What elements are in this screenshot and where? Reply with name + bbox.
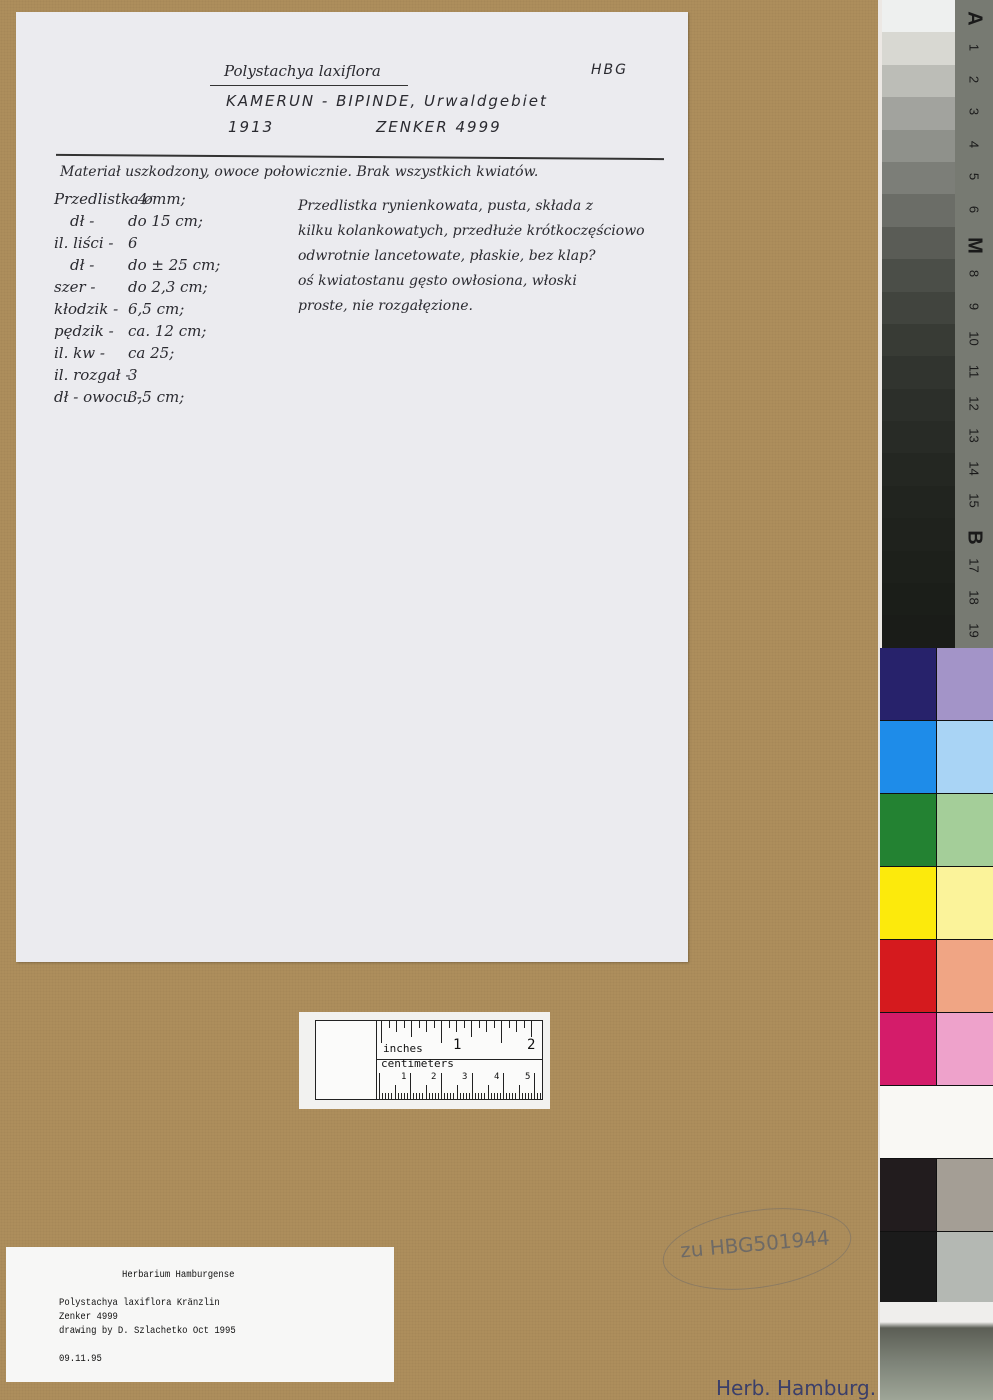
description-line: proste, nie rozgałęzione. <box>298 294 645 319</box>
centimeter-scale: centimeters 1 2 3 4 5 <box>377 1060 542 1099</box>
gray-step <box>882 130 955 162</box>
inch-tick <box>479 1021 480 1028</box>
cm-tick <box>475 1093 476 1099</box>
color-patch <box>937 648 993 720</box>
gray-step-label: 19 <box>967 611 982 649</box>
header-divider <box>56 154 664 160</box>
description-line: kilku kolankowatych, przedłuże krótkoczę… <box>298 219 645 244</box>
cm-tick <box>410 1073 411 1099</box>
color-patch-row <box>880 867 993 940</box>
taxon-heading: Polystachya laxiflora <box>224 62 381 80</box>
gray-step <box>882 453 955 485</box>
scale-ruler: inches 1 2 centimeters 1 2 3 4 5 <box>299 1012 550 1109</box>
cm-tick <box>388 1093 389 1099</box>
inch-tick <box>411 1021 412 1037</box>
cm-tick <box>432 1093 433 1099</box>
inch-tick <box>464 1021 465 1028</box>
gray-step <box>882 162 955 194</box>
label-date: 09.11.95 <box>59 1353 102 1365</box>
cm-tick <box>488 1085 489 1099</box>
gray-step <box>882 259 955 291</box>
gray-step <box>882 518 955 550</box>
cm-tick <box>391 1093 392 1099</box>
locality: KAMERUN - BIPINDE, Urwaldgebiet <box>226 92 548 110</box>
cm-tick <box>466 1093 467 1099</box>
gray-step <box>882 551 955 583</box>
cm-mark-4: 4 <box>494 1072 499 1082</box>
cm-tick <box>525 1093 526 1099</box>
color-patch <box>937 940 993 1012</box>
color-patch <box>880 867 937 939</box>
cm-tick <box>478 1093 479 1099</box>
gray-step <box>882 486 955 518</box>
cm-tick <box>429 1093 430 1099</box>
cm-tick <box>435 1093 436 1099</box>
inch-tick <box>404 1021 405 1028</box>
cm-tick <box>512 1093 513 1099</box>
cm-tick <box>519 1085 520 1099</box>
description-block: Przedlistka rynienkowata, pusta, składa … <box>298 194 645 319</box>
gray-step <box>882 227 955 259</box>
cm-tick <box>537 1093 538 1099</box>
cm-tick <box>450 1093 451 1099</box>
cm-tick <box>407 1093 408 1099</box>
cm-tick <box>534 1073 535 1099</box>
cm-tick <box>404 1093 405 1099</box>
gray-step <box>882 292 955 324</box>
cm-tick <box>491 1093 492 1099</box>
inch-tick <box>494 1021 495 1028</box>
color-patch-row <box>880 1159 993 1232</box>
collector-line: Zenker 4999 <box>59 1311 118 1323</box>
cm-tick <box>509 1093 510 1099</box>
description-line: oś kwiatostanu gęsto owłosiona, włoski <box>298 269 645 294</box>
description-line: Przedlistka rynienkowata, pusta, składa … <box>298 194 645 219</box>
inch-tick <box>389 1021 390 1028</box>
color-patch <box>880 794 937 866</box>
cm-mark-2: 2 <box>431 1072 436 1082</box>
collection-year: 1913 <box>228 118 274 136</box>
inch-tick <box>509 1021 510 1028</box>
color-patch <box>937 794 993 866</box>
cm-tick <box>463 1093 464 1099</box>
cm-tick <box>506 1093 507 1099</box>
herbarium-code: HBG <box>591 62 628 78</box>
description-line: odwrotnie lancetowate, płaskie, bez klap… <box>298 244 645 269</box>
cm-tick <box>395 1085 396 1099</box>
cm-tick <box>540 1093 541 1099</box>
color-patch <box>880 1159 937 1231</box>
cm-tick <box>426 1085 427 1099</box>
color-patch <box>880 648 937 720</box>
inch-mark-2: 2 <box>527 1037 535 1053</box>
inch-mark-1: 1 <box>453 1037 461 1053</box>
gray-step <box>882 583 955 615</box>
gray-scale-chart <box>882 0 955 648</box>
cm-tick <box>460 1093 461 1099</box>
inch-scale: inches 1 2 <box>377 1021 542 1060</box>
white-patch <box>880 1086 993 1159</box>
gray-step-label: 6 <box>967 190 982 228</box>
drawing-credit: drawing by D. Szlachetko Oct 1995 <box>59 1325 236 1337</box>
cm-tick <box>422 1093 423 1099</box>
gray-step <box>882 356 955 388</box>
gray-step <box>882 421 955 453</box>
color-patch-row <box>880 1232 993 1305</box>
cm-tick <box>398 1093 399 1099</box>
inch-tick <box>434 1021 435 1028</box>
drawing-sheet: Polystachya laxiflora HBG KAMERUN - BIPI… <box>16 12 688 962</box>
cm-tick <box>438 1093 439 1099</box>
color-calibration-chart <box>880 648 993 1305</box>
cm-tick <box>401 1093 402 1099</box>
color-patch <box>937 721 993 793</box>
cm-tick <box>419 1093 420 1099</box>
cm-tick <box>453 1093 454 1099</box>
cm-tick <box>385 1093 386 1099</box>
cm-tick <box>447 1093 448 1099</box>
cm-tick <box>413 1093 414 1099</box>
inch-tick <box>449 1021 450 1028</box>
herbarium-label: Herbarium Hamburgense Polystachya laxifl… <box>6 1247 394 1382</box>
herbarium-stamp: Herb. Hamburg. <box>716 1376 876 1400</box>
color-patch <box>880 940 937 1012</box>
gray-step <box>882 389 955 421</box>
cm-mark-5: 5 <box>525 1072 530 1082</box>
inches-label: inches <box>383 1042 423 1055</box>
inch-tick <box>471 1021 472 1037</box>
cm-tick <box>515 1093 516 1099</box>
condition-note: Materiał uszkodzony, owoce połowicznie. … <box>60 164 538 180</box>
inch-tick <box>426 1021 427 1032</box>
inch-tick <box>486 1021 487 1032</box>
color-patch <box>880 1013 937 1085</box>
chart-bottom-edge <box>880 1302 993 1400</box>
color-patch-row <box>880 648 993 721</box>
gray-step <box>882 97 955 129</box>
cm-tick <box>500 1093 501 1099</box>
cm-tick <box>503 1073 504 1099</box>
color-patch <box>880 721 937 793</box>
inch-tick <box>501 1021 502 1043</box>
gray-step <box>882 615 955 647</box>
cm-tick <box>522 1093 523 1099</box>
color-patch-row <box>880 940 993 1013</box>
cm-tick <box>382 1093 383 1099</box>
inch-tick <box>381 1021 382 1043</box>
color-patch <box>937 1159 993 1231</box>
cm-mark-1: 1 <box>401 1072 406 1082</box>
ruler-frame: inches 1 2 centimeters 1 2 3 4 5 <box>315 1020 543 1100</box>
gray-step-label: 15 <box>967 482 982 520</box>
gray-step <box>882 32 955 64</box>
cm-tick <box>379 1073 380 1099</box>
inch-tick <box>396 1021 397 1032</box>
cm-tick <box>528 1093 529 1099</box>
cm-tick <box>494 1093 495 1099</box>
taxon-name: Polystachya laxiflora Kränzlin <box>59 1297 220 1309</box>
cm-tick <box>416 1093 417 1099</box>
ruler-blank-area <box>316 1021 377 1099</box>
color-patch-row <box>880 794 993 867</box>
cm-tick <box>484 1093 485 1099</box>
title-underline <box>210 85 408 86</box>
cm-tick <box>472 1073 473 1099</box>
cm-tick <box>441 1073 442 1099</box>
cm-tick <box>444 1093 445 1099</box>
cm-tick <box>497 1093 498 1099</box>
cm-tick <box>481 1093 482 1099</box>
color-patch <box>880 1232 937 1304</box>
gray-scale-labels: A123456M89101112131415B171819 <box>955 0 993 648</box>
institution-name: Herbarium Hamburgense <box>122 1269 234 1281</box>
collector-number: ZENKER 4999 <box>376 118 502 136</box>
centimeters-label: centimeters <box>381 1057 454 1070</box>
inch-tick <box>419 1021 420 1028</box>
gray-step <box>882 0 955 32</box>
gray-step <box>882 194 955 226</box>
cm-tick <box>469 1093 470 1099</box>
cm-mark-3: 3 <box>462 1072 467 1082</box>
color-patch-row <box>880 1013 993 1086</box>
cm-tick <box>457 1085 458 1099</box>
gray-step <box>882 65 955 97</box>
inch-tick <box>441 1021 442 1043</box>
color-patch <box>937 1232 993 1304</box>
color-patch <box>937 1013 993 1085</box>
inch-tick <box>531 1021 532 1037</box>
inch-tick <box>456 1021 457 1032</box>
color-patch-row <box>880 721 993 794</box>
inch-tick <box>516 1021 517 1032</box>
gray-step <box>882 324 955 356</box>
inch-tick <box>524 1021 525 1028</box>
color-patch <box>937 867 993 939</box>
cm-tick <box>531 1093 532 1099</box>
